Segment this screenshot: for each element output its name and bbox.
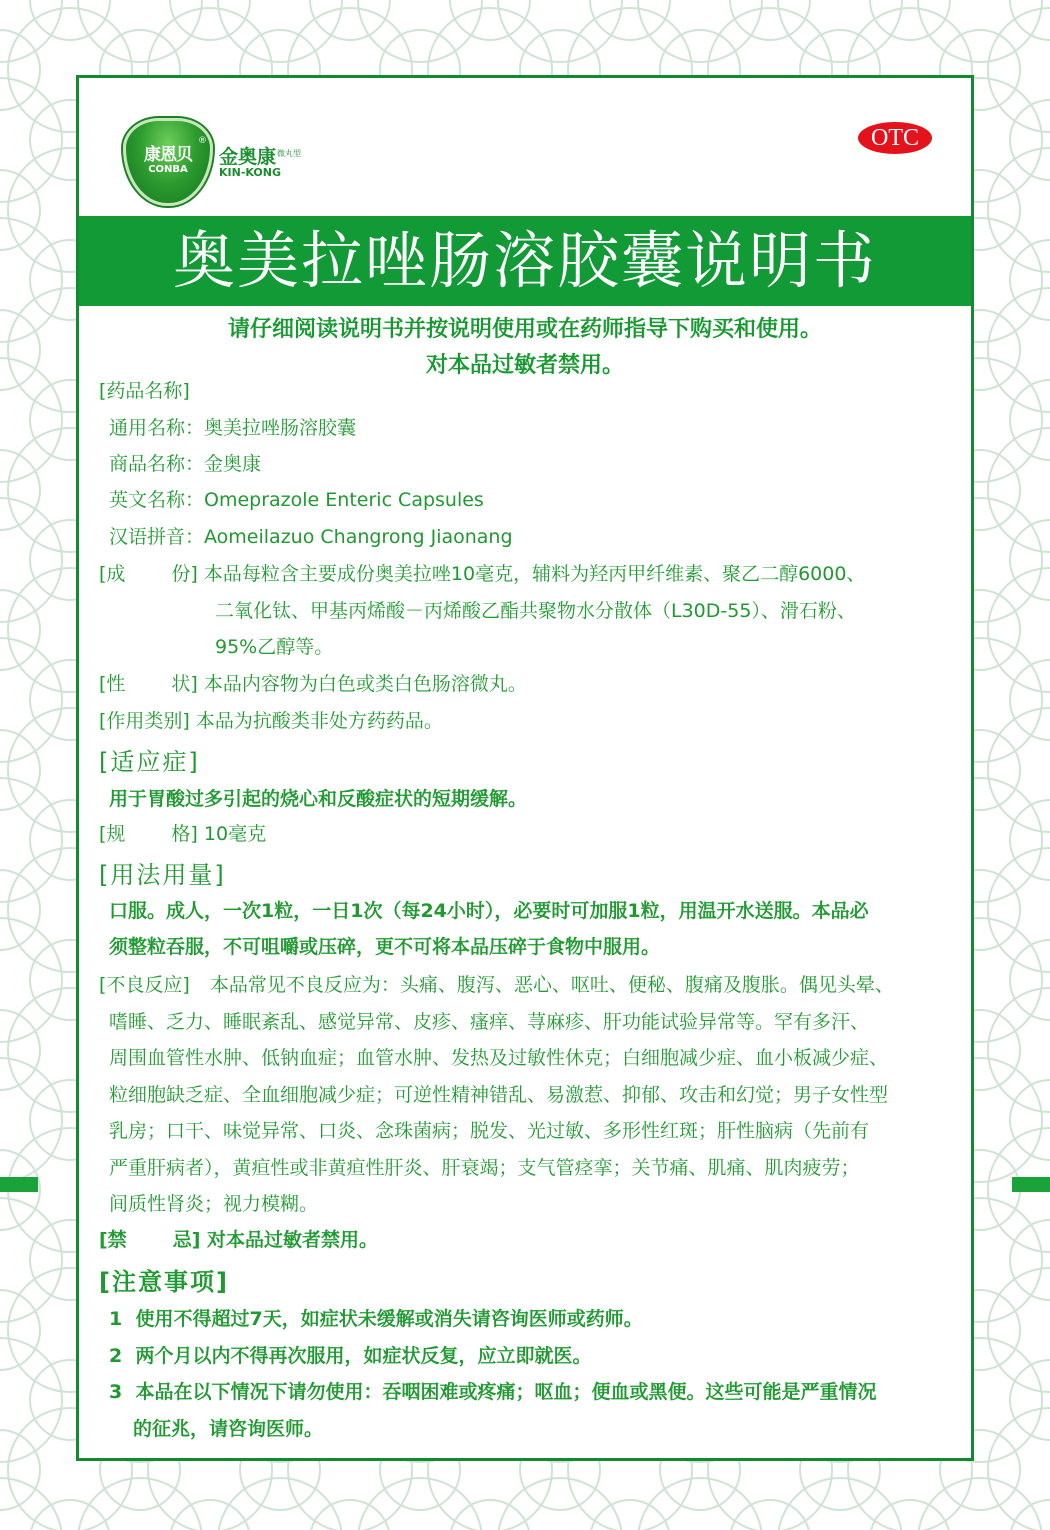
field-value: Omeprazole Enteric Capsules bbox=[204, 489, 484, 511]
section-label-spec-b: 格] bbox=[171, 823, 197, 845]
product-brand-subtitle: 微丸型 bbox=[277, 148, 301, 159]
adverse-line-1: 本品常见不良反应为：头痛、腹泻、恶心、呕吐、便秘、腹痛及腹胀。偶见头晕、 bbox=[210, 974, 894, 996]
adverse-line-4: 粒细胞缺乏症、全血细胞减少症；可逆性精神错乱、易激惹、抑郁、攻击和幻觉；男子女性… bbox=[109, 1080, 888, 1107]
specification-text: 10毫克 bbox=[204, 823, 266, 845]
section-label-contra-b: 忌] bbox=[173, 1229, 201, 1251]
brand-logo: 康恩贝 ® CONBA 金奥康 微丸型 KIN-KONG bbox=[123, 118, 343, 208]
field-value: Aomeilazuo Changrong Jiaonang bbox=[204, 526, 513, 548]
field-trade-name: 商品名称：金奥康 bbox=[109, 449, 261, 476]
description-section: [性状] 本品内容物为白色或类白色肠溶微丸。 bbox=[99, 669, 527, 696]
conba-shield-logo: 康恩贝 ® CONBA bbox=[123, 118, 213, 206]
field-value: 奥美拉唑肠溶胶囊 bbox=[204, 417, 356, 439]
field-english-name: 英文名称：Omeprazole Enteric Capsules bbox=[109, 485, 484, 512]
adverse-line-5: 乳房；口干、味觉异常、口炎、念珠菌病；脱发、光过敏、多形性红斑；肝性脑病（先前有 bbox=[109, 1116, 869, 1143]
section-label-ingredients-a: [成 bbox=[99, 563, 125, 585]
item-number: 1 bbox=[109, 1308, 122, 1330]
section-label-spec-a: [规 bbox=[99, 823, 125, 845]
section-label-category: [作用类别] bbox=[99, 710, 190, 732]
section-heading-drug-name: [药品名称] bbox=[99, 376, 190, 403]
section-heading-precautions: [注意事项] bbox=[99, 1262, 229, 1297]
field-label: 汉语拼音： bbox=[109, 522, 204, 549]
description-text: 本品内容物为白色或类白色肠溶微丸。 bbox=[204, 673, 527, 695]
dosage-line-2: 须整粒吞服，不可咀嚼或压碎，更不可将本品压碎于食物中服用。 bbox=[109, 932, 660, 959]
section-heading-dosage: [用法用量] bbox=[99, 855, 226, 890]
product-brand-en: KIN-KONG bbox=[219, 166, 281, 179]
indications-text: 用于胃酸过多引起的烧心和反酸症状的短期缓解。 bbox=[109, 784, 527, 811]
field-label: 通用名称： bbox=[109, 413, 204, 440]
item-number: 2 bbox=[109, 1345, 122, 1367]
precaution-item-1: 1 使用不得超过7天，如症状未缓解或消失请咨询医师或药师。 bbox=[109, 1304, 643, 1331]
section-label-description-b: 状] bbox=[171, 673, 197, 695]
ingredients-section: [成份] 本品每粒含主要成份奥美拉唑10毫克，辅料为羟丙甲纤维素、聚乙二醇600… bbox=[99, 559, 865, 586]
field-generic-name: 通用名称：奥美拉唑肠溶胶囊 bbox=[109, 413, 356, 440]
page-title: 奥美拉唑肠溶胶囊说明书 bbox=[79, 216, 971, 306]
right-green-tab bbox=[1012, 1177, 1050, 1192]
field-value: 金奥康 bbox=[204, 453, 261, 475]
contraindications-text: 对本品过敏者禁用。 bbox=[207, 1229, 378, 1251]
category-section: [作用类别] 本品为抗酸类非处方药药品。 bbox=[99, 706, 443, 733]
section-label-adverse: [不良反应] bbox=[99, 974, 190, 996]
adverse-reactions-section: [不良反应] 本品常见不良反应为：头痛、腹泻、恶心、呕吐、便秘、腹痛及腹胀。偶见… bbox=[99, 970, 894, 997]
ingredients-line-3: 95%乙醇等。 bbox=[215, 632, 333, 659]
section-label-ingredients-b: 份] bbox=[171, 563, 197, 585]
otc-badge: OTC bbox=[858, 122, 932, 154]
category-text: 本品为抗酸类非处方药药品。 bbox=[196, 710, 443, 732]
section-label-contra-a: [禁 bbox=[99, 1229, 127, 1251]
section-heading-indications: [适应症] bbox=[99, 742, 200, 777]
item-text: 两个月以内不得再次服用，如症状反复，应立即就医。 bbox=[135, 1345, 591, 1367]
adverse-line-2: 嗜睡、乏力、睡眠紊乱、感觉异常、皮疹、瘙痒、荨麻疹、肝功能试验异常等。罕有多汗、 bbox=[109, 1007, 869, 1034]
precaution-item-3-cont: 的征兆，请咨询医师。 bbox=[133, 1414, 323, 1441]
precaution-item-2: 2 两个月以内不得再次服用，如症状反复，应立即就医。 bbox=[109, 1341, 591, 1368]
section-label-description-a: [性 bbox=[99, 673, 125, 695]
specification-section: [规格] 10毫克 bbox=[99, 819, 266, 846]
item-number: 3 bbox=[109, 1381, 122, 1403]
adverse-line-3: 周围血管性水肿、低钠血症；血管水肿、发热及过敏性休克；白细胞减少症、血小板减少症… bbox=[109, 1043, 888, 1070]
field-label: 商品名称： bbox=[109, 449, 204, 476]
leaflet-panel: 康恩贝 ® CONBA 金奥康 微丸型 KIN-KONG OTC 奥美拉唑肠溶胶… bbox=[76, 75, 974, 1461]
item-text: 本品在以下情况下请勿使用：吞咽困难或疼痛；呕血；便血或黑便。这些可能是严重情况 bbox=[135, 1381, 876, 1403]
adverse-line-7: 间质性肾炎；视力模糊。 bbox=[109, 1189, 318, 1216]
precaution-item-3: 3 本品在以下情况下请勿使用：吞咽困难或疼痛；呕血；便血或黑便。这些可能是严重情… bbox=[109, 1377, 876, 1404]
field-pinyin-name: 汉语拼音：Aomeilazuo Changrong Jiaonang bbox=[109, 522, 513, 549]
shield-brand-en: CONBA bbox=[123, 164, 213, 175]
dosage-line-1: 口服。成人，一次1粒，一日1次（每24小时），必要时可加服1粒，用温开水送服。本… bbox=[109, 896, 869, 923]
left-green-tab bbox=[0, 1177, 38, 1192]
allergy-warning: 对本品过敏者禁用。 bbox=[79, 348, 971, 379]
field-label: 英文名称： bbox=[109, 485, 204, 512]
registered-mark: ® bbox=[198, 136, 207, 146]
product-brand-cn: 金奥康 bbox=[219, 142, 276, 169]
contraindications-section: [禁忌] 对本品过敏者禁用。 bbox=[99, 1225, 378, 1252]
ingredients-line-1: 本品每粒含主要成份奥美拉唑10毫克，辅料为羟丙甲纤维素、聚乙二醇6000、 bbox=[204, 563, 866, 585]
usage-warning: 请仔细阅读说明书并按说明使用或在药师指导下购买和使用。 bbox=[79, 312, 971, 343]
item-text: 使用不得超过7天，如症状未缓解或消失请咨询医师或药师。 bbox=[135, 1308, 642, 1330]
adverse-line-6: 严重肝病者），黄疸性或非黄疸性肝炎、肝衰竭；支气管痉挛；关节痛、肌痛、肌肉疲劳； bbox=[109, 1153, 860, 1180]
ingredients-line-2: 二氧化钛、甲基丙烯酸－丙烯酸乙酯共聚物水分散体（L30D-55）、滑石粉、 bbox=[215, 596, 856, 623]
